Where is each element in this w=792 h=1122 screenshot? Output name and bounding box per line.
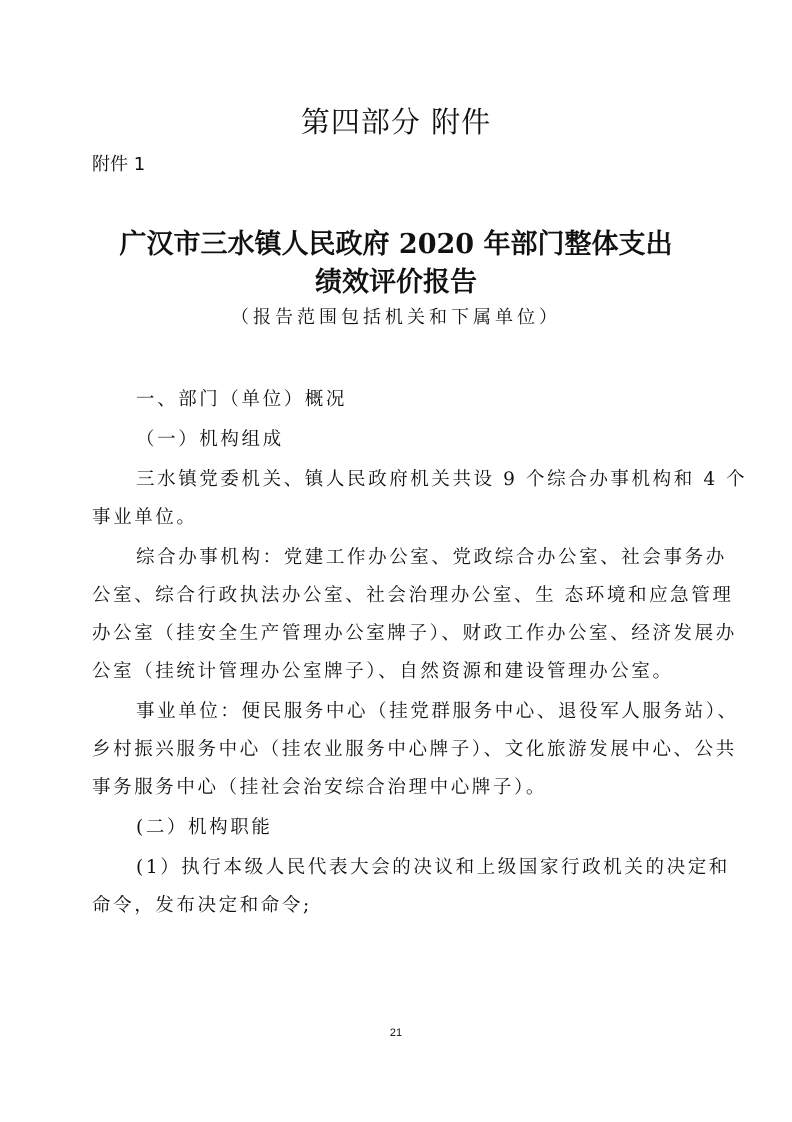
paragraph-line: 事务服务中心（挂社会治安综合治理中心牌子）。 [92,773,732,799]
paragraph-line: 公室、综合行政执法办公室、社会治理办公室、生 态环境和应急管理 [92,581,732,607]
paragraph-line: 事业单位：便民服务中心（挂党群服务中心、退役军人服务站）、 [136,697,776,723]
subsection-heading: (二）机构职能 [136,813,776,839]
paragraph-line: 乡村振兴服务中心（挂农业服务中心牌子）、文化旅游发展中心、公共 [92,735,732,761]
page-number: 21 [0,1027,792,1039]
report-title-line1: 广汉市三水镇人民政府 2020 年部门整体支出 [0,222,792,261]
report-subtitle: （报告范围包括机关和下属单位） [0,303,792,329]
report-title-line2: 绩效评价报告 [0,260,792,299]
paragraph-line: 办公室（挂安全生产管理办公室牌子）、财政工作办公室、经济发展办 [92,619,732,645]
paragraph-line: 三水镇党委机关、镇人民政府机关共设 9 个综合办事机构和 4 个 [136,465,776,491]
paragraph-line: 公室（挂统计管理办公室牌子）、自然资源和建设管理办公室。 [92,657,732,683]
section-heading: 一、部门（单位）概况 [136,385,776,411]
paragraph-line: 命令，发布决定和命令; [92,891,732,917]
paragraph-line: 综合办事机构：党建工作办公室、党政综合办公室、社会事务办 [136,543,776,569]
attachment-label: 附件 1 [92,150,145,176]
document-page: 第四部分 附件 附件 1 广汉市三水镇人民政府 2020 年部门整体支出 绩效评… [0,0,792,1122]
part-title: 第四部分 附件 [0,100,792,141]
paragraph-line: 事业单位。 [92,503,732,529]
paragraph-line: (1）执行本级人民代表大会的决议和上级国家行政机关的决定和 [136,853,776,879]
subsection-heading: （一）机构组成 [136,425,776,451]
